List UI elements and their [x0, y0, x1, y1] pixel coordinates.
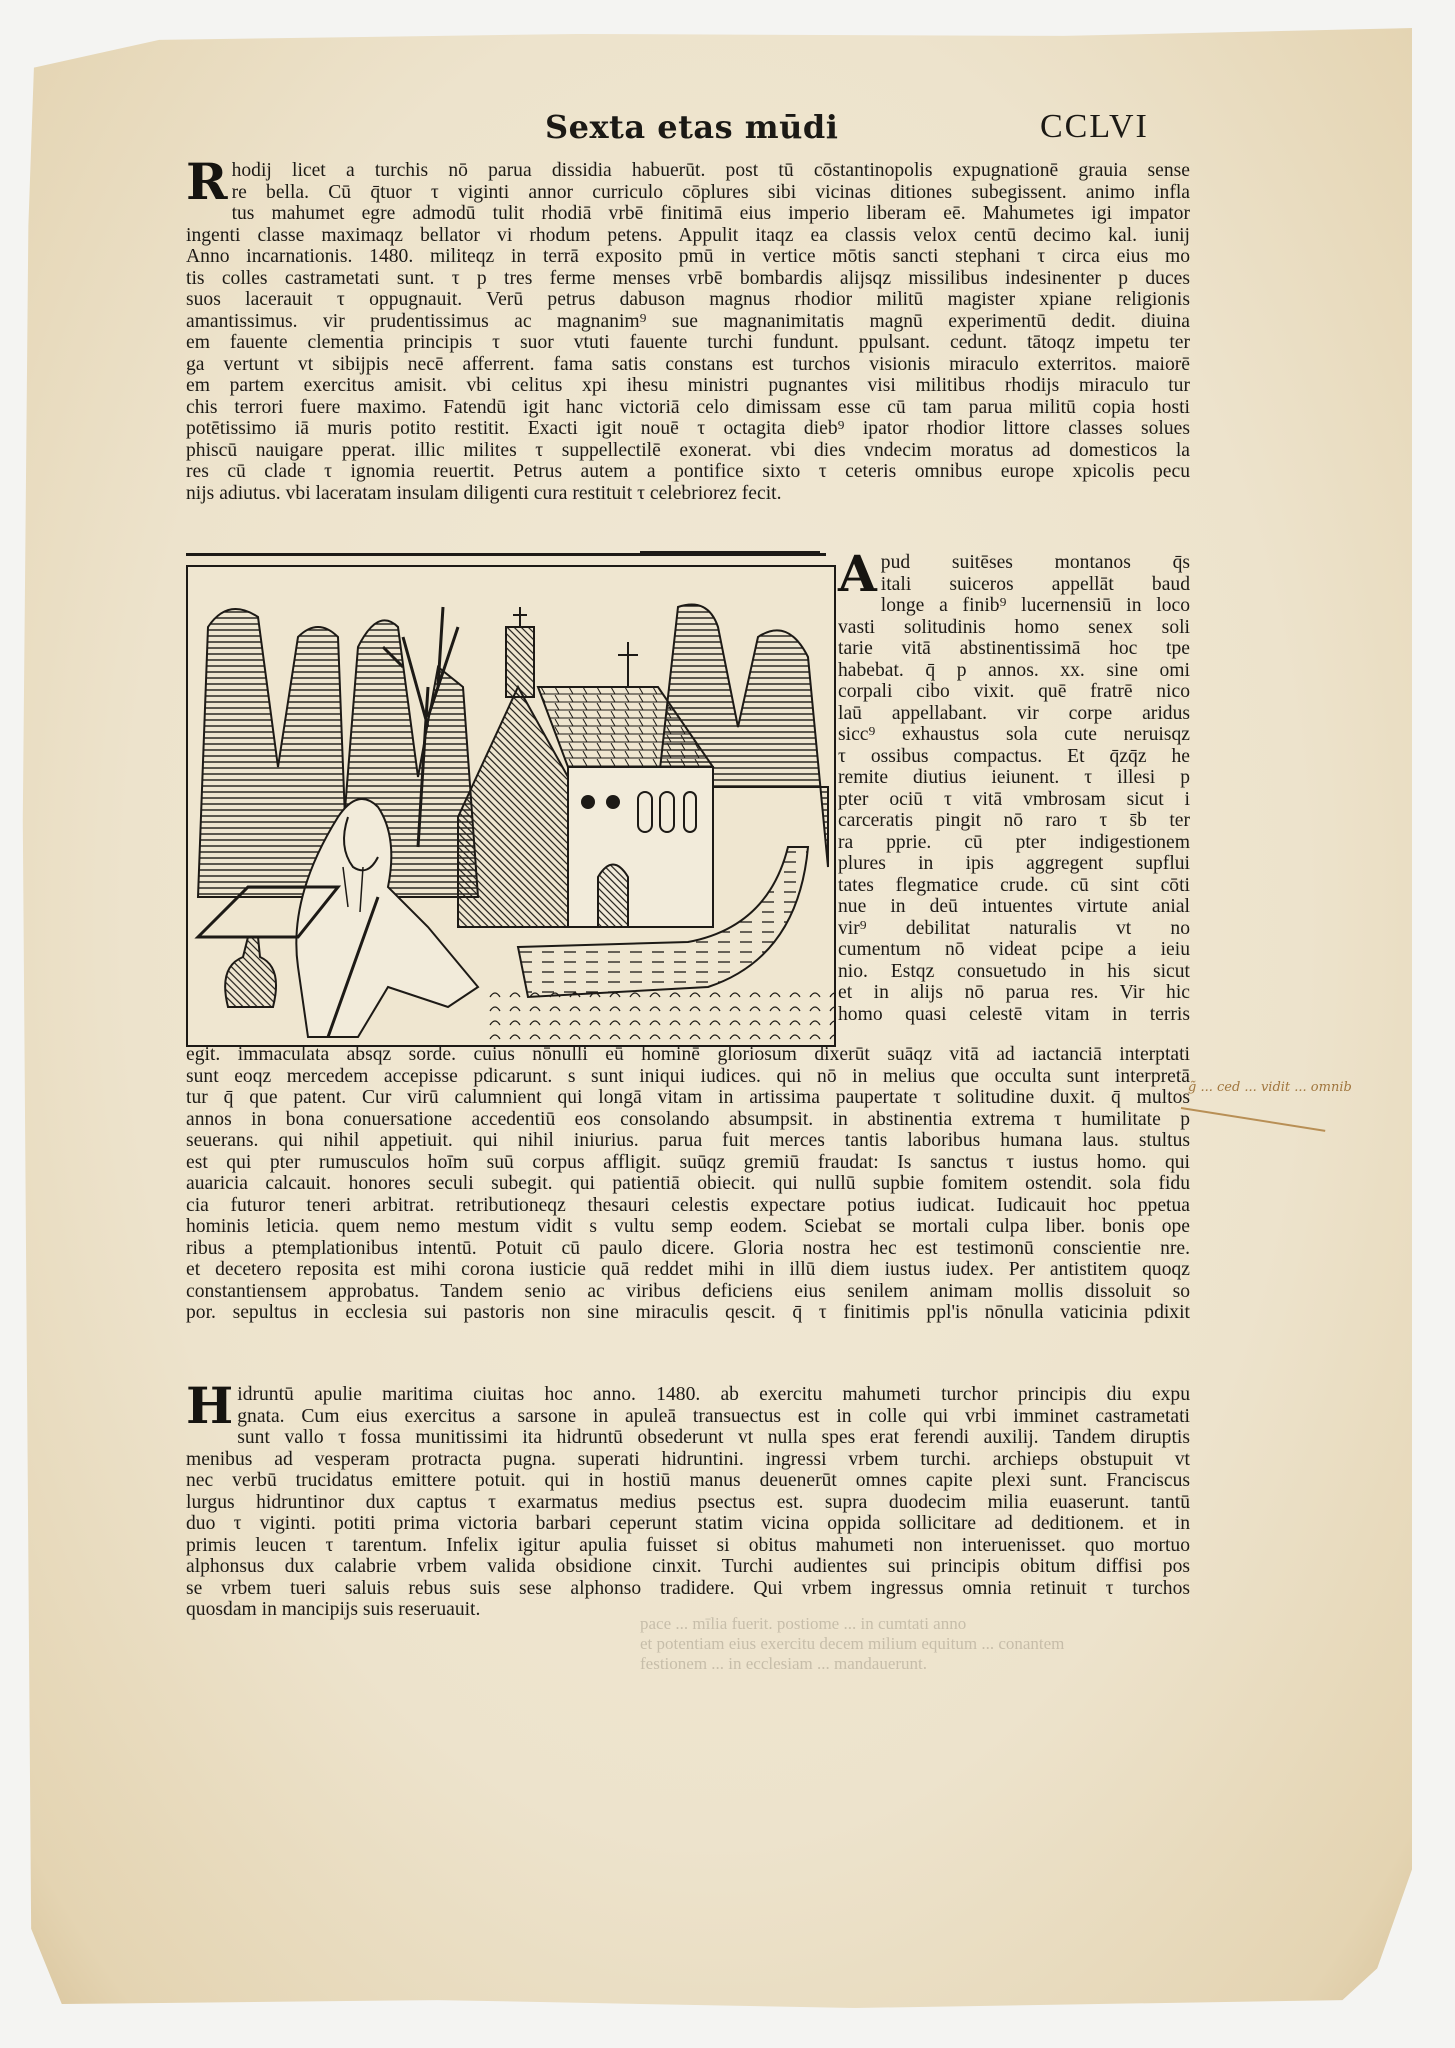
text-line: em partem exercitus amisit. vbi celitus …	[186, 375, 1190, 397]
text-line: tis colles castrametati sunt. τ p tres f…	[186, 268, 1190, 290]
text-line: ribus a ptemplationibus intentū. Potuit …	[186, 1238, 1190, 1260]
section-divider	[186, 553, 826, 556]
text-line: et decetero reposita est mihi corona ius…	[186, 1259, 1190, 1281]
text-line: sicc⁹ exhaustus sola cute neruisqz	[838, 724, 1190, 746]
text-line: se vrbem tueri saluis rebus suis sese al…	[186, 1578, 1190, 1600]
text-line: suos lacerauit τ oppugnauit. Verū petrus…	[186, 289, 1190, 311]
text-line: laū appellabant. vir corpe aridus	[838, 703, 1190, 725]
text-line: homo quasi celestē vitam in terris	[838, 1004, 1190, 1026]
text-line: plures in ipis aggregent supflui	[838, 853, 1190, 875]
text-line: tus mahumet egre admodū tulit rhodiā vrb…	[232, 203, 1190, 225]
text-line: τ ossibus compactus. Et q̄zq̄z he	[838, 746, 1190, 768]
text-line: phiscū nauigare pperat. illic milites τ …	[186, 440, 1190, 462]
text-line: re bella. Cū q̄tuor τ viginti annor curr…	[232, 182, 1190, 204]
hermit-chapel-woodcut-icon	[188, 567, 834, 1045]
text-line: pud suitēses montanos q̄s	[881, 552, 1190, 574]
text-line: carceratis pingit nō raro τ s̄b ter	[838, 810, 1190, 832]
text-line: idruntū apulie maritima ciuitas hoc anno…	[237, 1384, 1190, 1406]
text-line: habebat. q̄ p annos. xx. sine omi	[838, 660, 1190, 682]
text-line: remite diutius ieiunent. τ illesi p	[838, 767, 1190, 789]
text-line: ra pprie. cū pter indigestionem	[838, 832, 1190, 854]
text-line: duo τ viginti. potiti prima victoria bar…	[186, 1513, 1190, 1535]
text-line: annos in bona conuersatione accedentiū e…	[186, 1109, 1190, 1131]
text-line: potētissimo iā muris potito restitit. Ex…	[186, 418, 1190, 440]
text-line: por. sepultus in ecclesia sui pastoris n…	[186, 1302, 1190, 1324]
bleed-line: et potentiam eius exercitu decem milium …	[640, 1634, 1190, 1654]
text-line: chis terrori fuere maximo. Fatendū igit …	[186, 397, 1190, 419]
text-line: vir⁹ debilitat naturalis vt no	[838, 918, 1190, 940]
page-header: Sexta etas mūdi CCLVI	[0, 108, 1455, 148]
marginal-annotation: g̃ ... ced ... vidit ... omnib	[1188, 1080, 1410, 1095]
text-line: cia futuror teneri arbitrat. retribution…	[186, 1195, 1190, 1217]
text-line: est qui pter rumusculos hoīm suū corpus …	[186, 1152, 1190, 1174]
text-line: pter ociū τ vitā vmbrosam sicut i	[838, 789, 1190, 811]
text-line: itali suiceros appellāt baud	[881, 574, 1190, 596]
running-title: Sexta etas mūdi	[545, 108, 838, 146]
text-line: ga vertunt vt sibijpis necē afferrent. f…	[186, 354, 1190, 376]
section-otranto: H idruntū apulie maritima ciuitas hoc an…	[186, 1384, 1190, 1621]
section-nicolaus-column: A pud suitēses montanos q̄s itali suicer…	[838, 552, 1190, 1025]
text-line: Anno incarnationis. 1480. militeqz in te…	[186, 246, 1190, 268]
woodcut-illustration	[186, 565, 836, 1047]
bleed-through-text: pace ... mīlia fuerit. postiome ... in c…	[640, 1614, 1190, 1674]
text-line: auaricia calcauit. honores seculi subegi…	[186, 1173, 1190, 1195]
text-line: tarie vitā abstinentissimā hoc tpe	[838, 638, 1190, 660]
initial-letter-a: A	[838, 552, 877, 596]
text-line: ingenti classe maximaqz bellator vi rhod…	[186, 225, 1190, 247]
text-line: seuerans. qui nihil appetiuit. qui nihil…	[186, 1130, 1190, 1152]
text-line: hodij licet a turchis nō parua dissidia …	[232, 160, 1190, 182]
text-line: vasti solitudinis homo senex soli	[838, 617, 1190, 639]
text-line: em fauente clementia principis τ suor vt…	[186, 332, 1190, 354]
text-line: constantiensem approbatus. Tandem senio …	[186, 1281, 1190, 1303]
section-rhodes: R hodij licet a turchis nō parua dissidi…	[186, 160, 1190, 504]
text-line: nue in deū intuentes virtute anial	[838, 896, 1190, 918]
text-line: hominis leticia. quem nemo mestum vidit …	[186, 1216, 1190, 1238]
bleed-line: festionem ... in ecclesiam ... mandaueru…	[640, 1654, 1190, 1674]
bleed-line: pace ... mīlia fuerit. postiome ... in c…	[640, 1614, 1190, 1634]
folio-number: CCLVI	[1040, 108, 1149, 146]
text-line: nio. Estqz consuetudo in his sicut	[838, 961, 1190, 983]
text-line: corpali cibo vixit. quē fratrē nico	[838, 681, 1190, 703]
text-line: egit. immaculata absqz sorde. cuius nōnu…	[186, 1044, 1190, 1066]
text-line: tur q̄ que patent. Cur virū calumnient q…	[186, 1087, 1190, 1109]
text-line: gnata. Cum eius exercitus a sarsone in a…	[237, 1406, 1190, 1428]
text-line: cumentum nō videat pcipe a ieiu	[838, 939, 1190, 961]
section-nicolaus-full-width: egit. immaculata absqz sorde. cuius nōnu…	[186, 1044, 1190, 1324]
text-line: amantissimus. vir prudentissimus ac magn…	[186, 311, 1190, 333]
text-line: alphonsus dux calabrie vrbem valida obsi…	[186, 1556, 1190, 1578]
text-line: menibus ad vesperam protracta pugna. sup…	[186, 1449, 1190, 1471]
text-line: primis leucen τ tarentum. Infelix igitur…	[186, 1535, 1190, 1557]
text-line: et in alijs nō parua res. Vir hic	[838, 982, 1190, 1004]
text-line: nijs adiutus. vbi laceratam insulam dili…	[186, 483, 1190, 505]
text-line: sunt vallo τ fossa munitissimi ita hidru…	[237, 1427, 1190, 1449]
text-line: sunt eoqz mercedem accepisse pdicarunt. …	[186, 1066, 1190, 1088]
text-line: res cū clade τ ignomia reuertit. Petrus …	[186, 461, 1190, 483]
section-divider	[640, 551, 820, 553]
initial-letter-r: R	[186, 160, 228, 204]
initial-letter-h: H	[186, 1384, 233, 1428]
text-line: tates flegmatice crude. cū sint cōti	[838, 875, 1190, 897]
text-line: nec verbū trucidatus emittere potuit. qu…	[186, 1470, 1190, 1492]
text-line: longe a finib⁹ lucernensiū in loco	[881, 595, 1190, 617]
text-line: lurgus hidruntinor dux captus τ exarmatu…	[186, 1492, 1190, 1514]
